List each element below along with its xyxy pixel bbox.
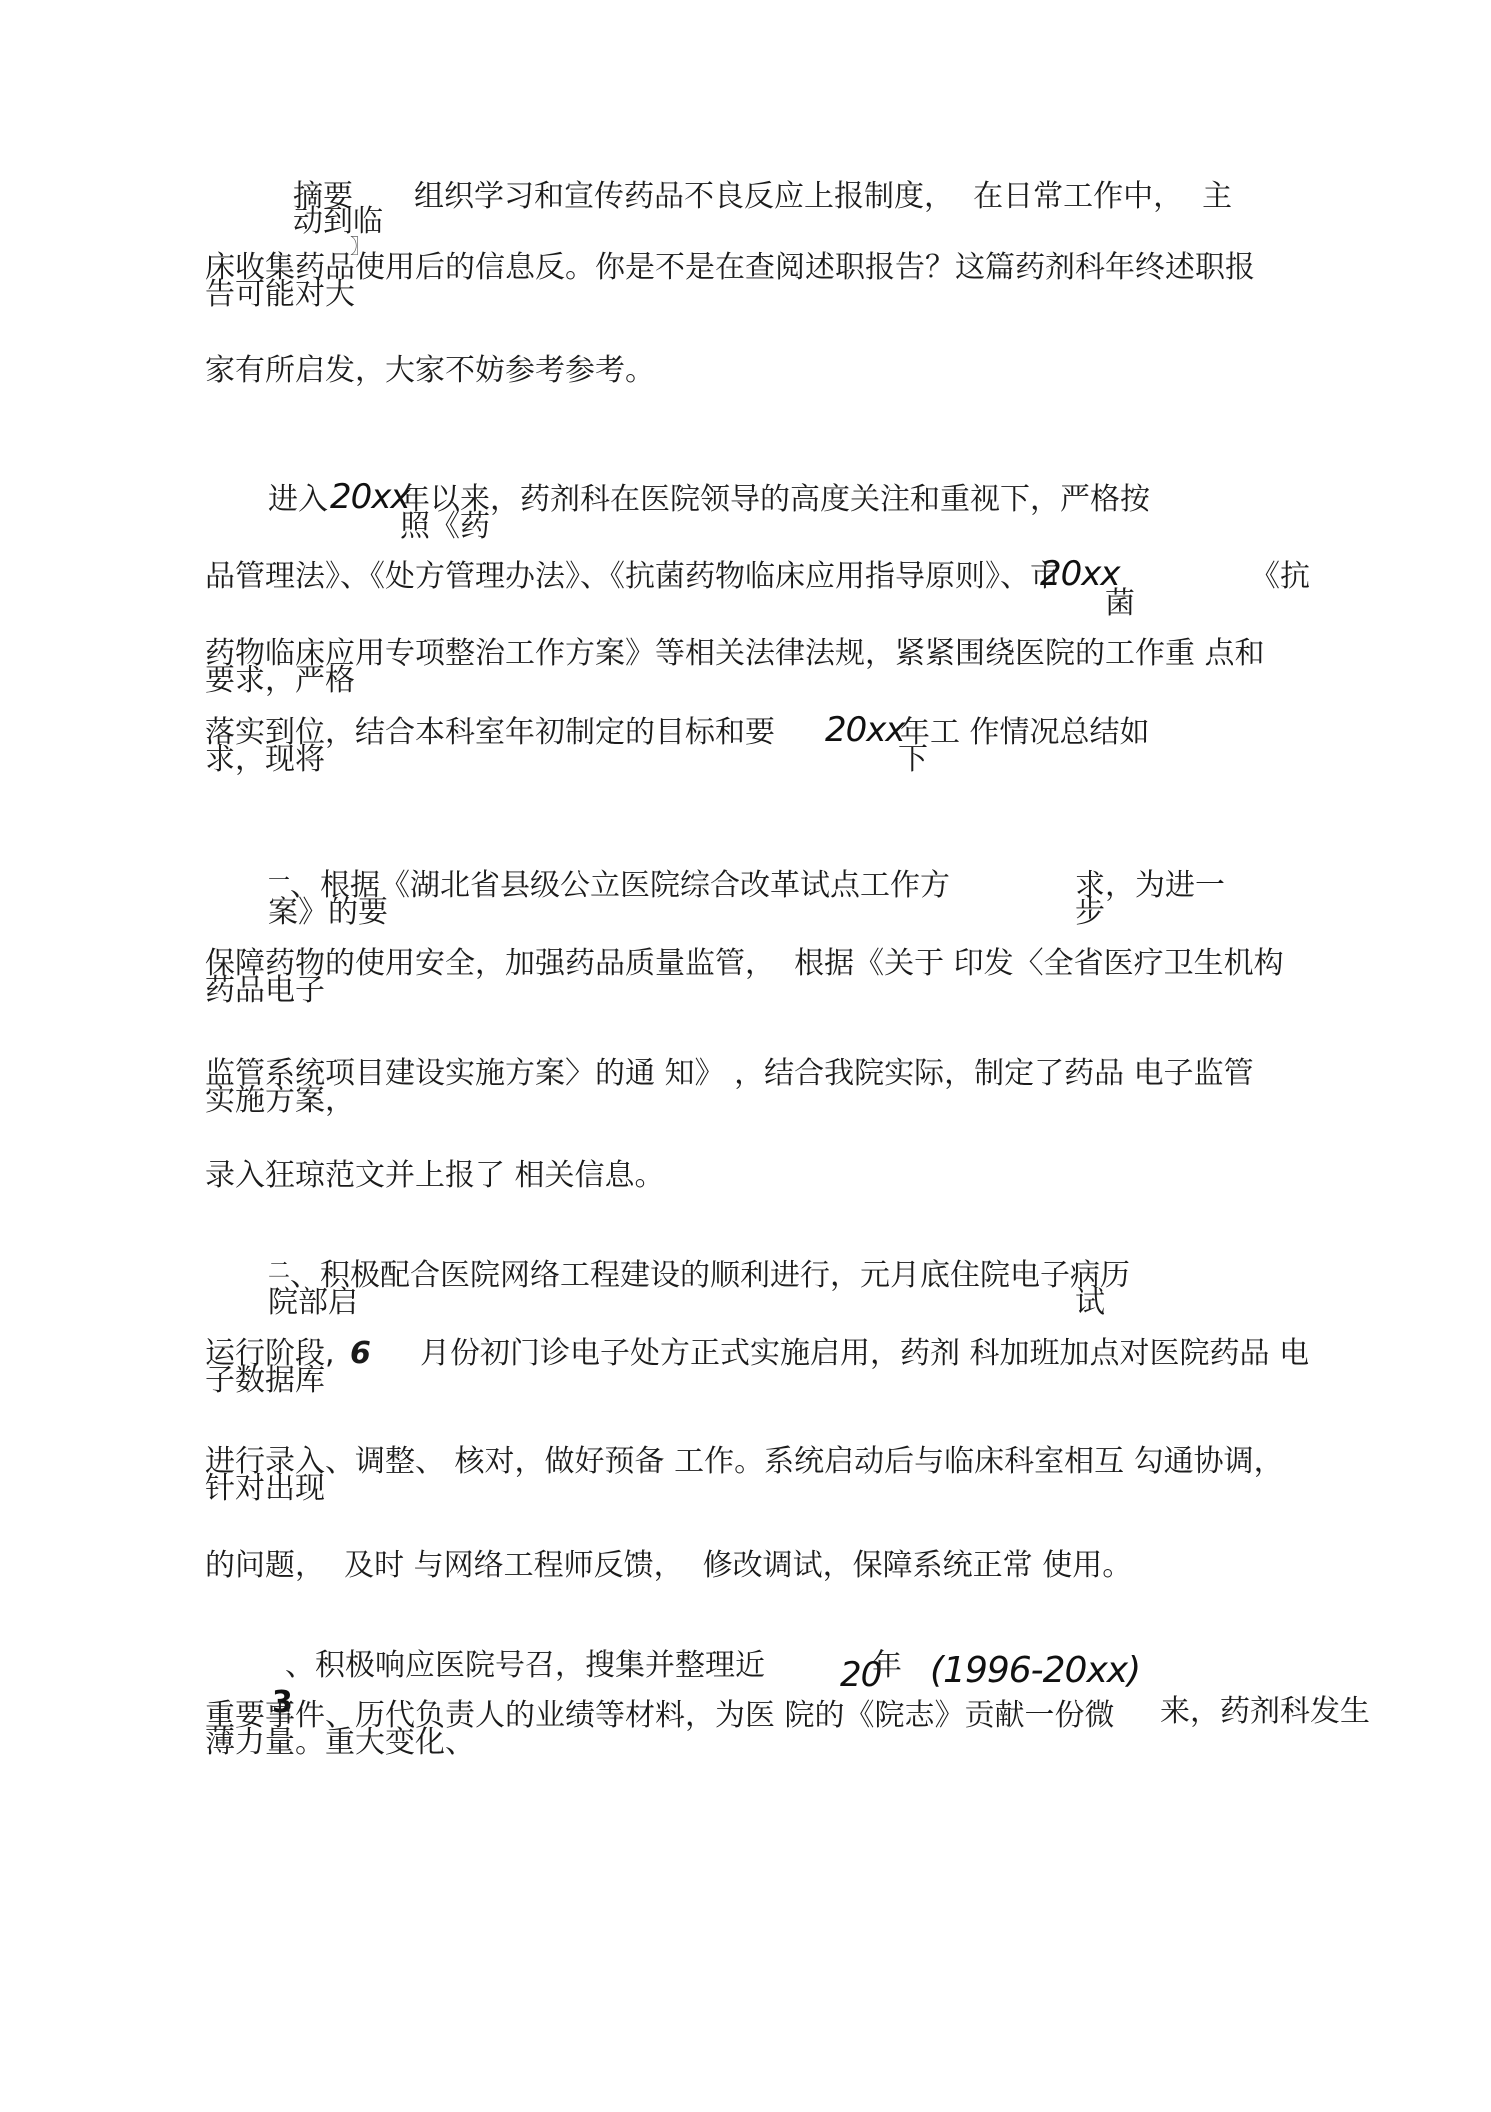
- intro-line-3: 药物临床应用专项整治工作方案》等相关法律法规，紧紧围绕医院的工作重 点和: [205, 638, 1265, 670]
- section-1-overlap-2: 药品电子: [205, 975, 325, 1007]
- section-1-number: 一: [268, 866, 290, 898]
- section-1-line-1: 、根据《湖北省县级公立医院综合改革试点工作方: [290, 870, 950, 902]
- abstract-overlap-2: 告可能对大: [205, 279, 355, 311]
- intro-line-2-tail: 《抗: [1250, 561, 1310, 593]
- section-1-line-4: 录入狂琼范文并上报了 相关信息。: [205, 1160, 665, 1192]
- intro-overlap-1: 照《药: [400, 511, 490, 543]
- section-3-range: (1996-20xx): [930, 1654, 1140, 1688]
- section-2-overlap-1-right: 试: [1075, 1287, 1105, 1319]
- section-1-overlap-1: 案》的要: [268, 897, 388, 929]
- abstract-line-2: 床收集药品使用后的信息反。你是不是在查阅述职报告？这篇药剂科年终述职报: [205, 252, 1255, 284]
- section-1-overlap-1-right: 步: [1075, 897, 1105, 929]
- intro-year-3: 20xx: [825, 713, 905, 747]
- section-2-line-3: 进行录入、调整、 核对，做好预备 工作。系统启动后与临床科室相互 勾通协调，: [205, 1446, 1284, 1478]
- intro-overlap-4b: 下: [898, 744, 928, 776]
- intro-overlap-4a: 求，现将: [205, 744, 325, 776]
- section-2-line-2b: 月份初门诊电子处方正式实施启用，药剂 科加班加点对医院药品 电: [420, 1338, 1309, 1370]
- section-2-month: 6: [350, 1338, 371, 1370]
- intro-overlap-2: 菌: [1105, 588, 1135, 620]
- intro-line-1a: 进入: [268, 484, 328, 516]
- intro-year-1: 20xx: [330, 480, 410, 514]
- section-3-line-1: 、积极响应医院号召，搜集并整理近: [285, 1650, 765, 1682]
- section-2-overlap-3: 针对出现: [205, 1473, 325, 1505]
- section-1-line-3: 监管系统项目建设实施方案〉的通 知》 ，结合我院实际，制定了药品 电子监管: [205, 1058, 1254, 1090]
- intro-line-4b: 年工 作情况总结如: [900, 717, 1150, 749]
- intro-overlap-3: 要求，严格: [205, 665, 355, 697]
- abstract-line-3: 家有所启发，大家不妨参考参考。: [205, 355, 655, 387]
- section-3-year-char: 年: [872, 1650, 902, 1682]
- intro-line-2: 品管理法》、《处方管理办法》、《抗菌药物临床应用指导原则》、市: [205, 561, 1060, 593]
- section-1-overlap-3: 实施方案，: [205, 1085, 355, 1117]
- section-2-overlap-1: 院部启: [268, 1287, 358, 1319]
- section-3-line-2-right: 来，药剂科发生: [1160, 1696, 1370, 1728]
- intro-line-1b: 年以来，药剂科在医院领导的高度关注和重视下，严格按: [400, 484, 1150, 516]
- section-2-line-1: 、积极配合医院网络工程建设的顺利进行，元月底住院电子病历: [290, 1260, 1130, 1292]
- section-1-line-2: 保障药物的使用安全，加强药品质量监管， 根据《关于 印发〈全省医疗卫生机构: [205, 948, 1284, 980]
- section-3-overlap-2: 薄力量。重大变化、: [205, 1727, 475, 1759]
- abstract-line-1: 组织学习和宣传药品不良反应上报制度， 在日常工作中， 主: [414, 181, 1232, 213]
- section-2-line-4: 的问题， 及时 与网络工程师反馈， 修改调试，保障系统正常 使用。: [205, 1550, 1132, 1582]
- section-2-number: 二: [268, 1256, 290, 1288]
- section-2-overlap-2: 子数据库: [205, 1365, 325, 1397]
